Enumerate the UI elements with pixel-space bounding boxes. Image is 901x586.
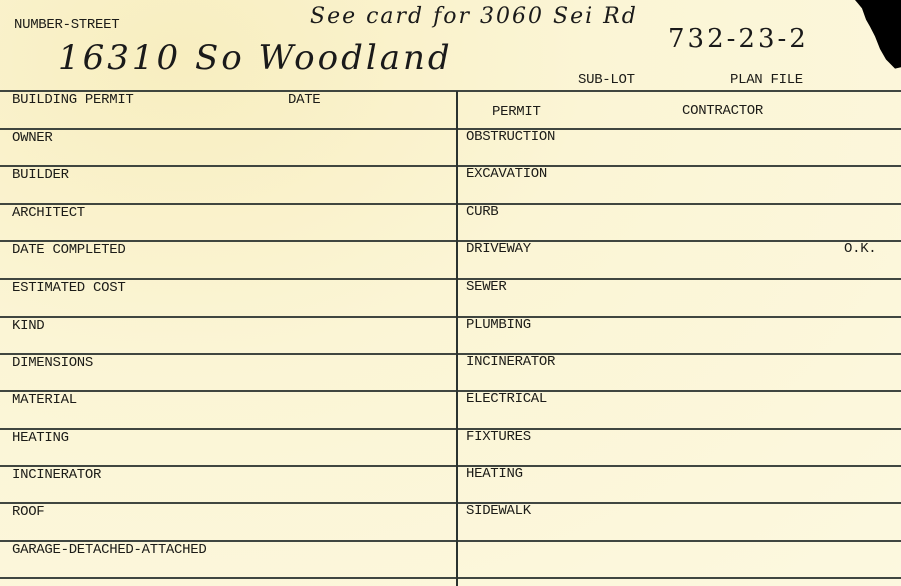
permit-card: NUMBER-STREET 16310 So Woodland See card…	[0, 0, 901, 586]
address-handwritten: 16310 So Woodland	[58, 38, 453, 78]
field-heating: HEATING	[12, 430, 69, 446]
rule	[0, 128, 901, 130]
rule	[0, 502, 901, 504]
parcel-number-handwritten: 732-23-2	[668, 24, 809, 54]
rule	[0, 390, 901, 392]
rule	[0, 203, 901, 205]
date-label: DATE	[288, 92, 320, 108]
building-permit-label: BUILDING PERMIT	[12, 92, 134, 108]
field-material: MATERIAL	[12, 392, 77, 408]
permit-curb: CURB	[466, 204, 498, 220]
field-incinerator: INCINERATOR	[12, 467, 101, 483]
permit-header: PERMIT	[492, 104, 541, 120]
permit-plumbing: PLUMBING	[466, 317, 531, 333]
number-street-label: NUMBER-STREET	[14, 17, 119, 33]
field-owner: OWNER	[12, 130, 53, 146]
permit-incinerator: INCINERATOR	[466, 354, 555, 370]
rule	[0, 165, 901, 167]
plan-file-label: PLAN FILE	[730, 72, 803, 88]
permit-sewer: SEWER	[466, 279, 507, 295]
field-dimensions: DIMENSIONS	[12, 355, 93, 371]
driveway-status: O.K.	[844, 241, 876, 257]
note-handwritten: See card for 3060 Sei Rd	[310, 4, 638, 29]
rule	[0, 278, 901, 280]
permit-obstruction: OBSTRUCTION	[466, 129, 555, 145]
permit-electrical: ELECTRICAL	[466, 391, 547, 407]
sub-lot-label: SUB-LOT	[578, 72, 635, 88]
rule	[0, 465, 901, 467]
rule	[0, 353, 901, 355]
contractor-header: CONTRACTOR	[682, 103, 763, 119]
field-builder: BUILDER	[12, 167, 69, 183]
rule	[0, 316, 901, 318]
rule	[0, 240, 901, 242]
rule-header-top	[0, 90, 901, 92]
permit-driveway: DRIVEWAY	[466, 241, 531, 257]
field-date-completed: DATE COMPLETED	[12, 242, 125, 258]
field-estimated-cost: ESTIMATED COST	[12, 280, 125, 296]
permit-fixtures: FIXTURES	[466, 429, 531, 445]
permit-sidewalk: SIDEWALK	[466, 503, 531, 519]
torn-corner	[851, 0, 901, 70]
field-garage: GARAGE-DETACHED-ATTACHED	[12, 542, 206, 558]
rule	[0, 577, 901, 579]
permit-excavation: EXCAVATION	[466, 166, 547, 182]
field-kind: KIND	[12, 318, 44, 334]
permit-heating: HEATING	[466, 466, 523, 482]
field-roof: ROOF	[12, 504, 44, 520]
rule	[0, 428, 901, 430]
field-architect: ARCHITECT	[12, 205, 85, 221]
